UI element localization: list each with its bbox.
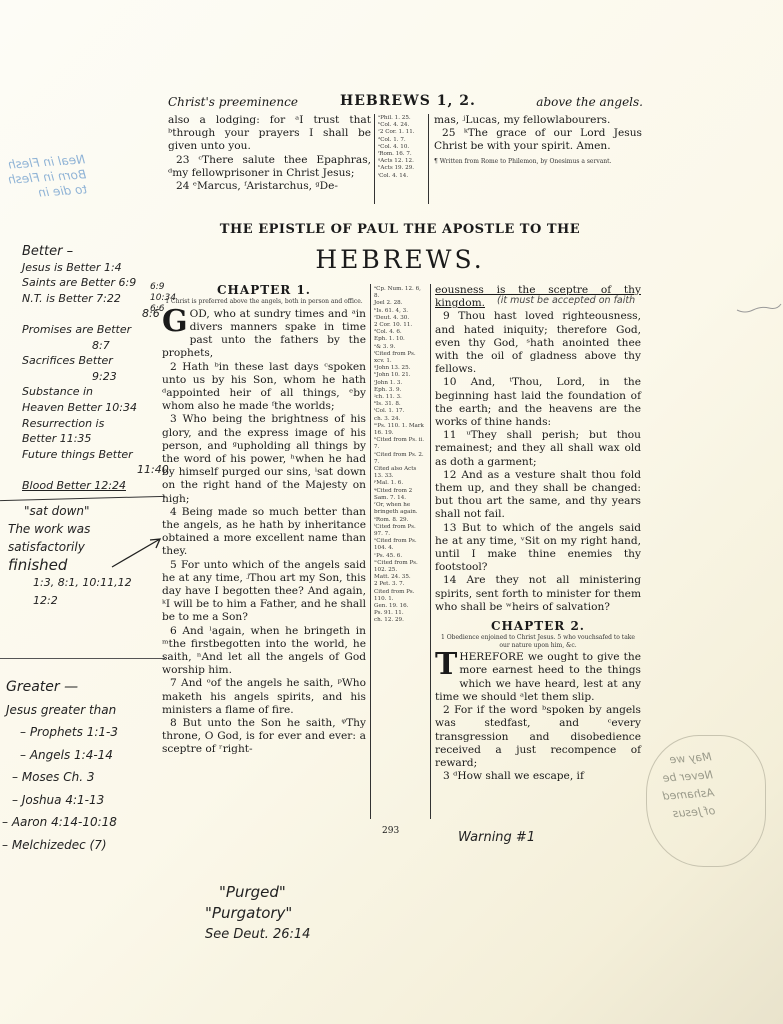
note-line: Jesus greater than [6, 699, 118, 722]
note-line: Blood Better 12:24 [22, 478, 169, 494]
xref: ᵉ& 3. 9. [374, 344, 426, 351]
mirrored-blue-note: Neal in Flesh Born in Flesh to die in [7, 152, 88, 202]
xref: ʳOr, when he bringeth again. [374, 502, 426, 516]
warning-note: Warning #1 [458, 830, 535, 845]
note-line: Resurrection is [22, 416, 169, 432]
running-head-left: Christ's preeminence [168, 95, 298, 109]
xref: ᵖMal. 1. 6. [374, 480, 426, 487]
xref: Eph. 3. 9. [374, 387, 426, 394]
verse: 7 And ᵒof the angels he saith, ᵖWho make… [162, 677, 366, 717]
running-head: Christ's preeminence HEBREWS 1, 2. above… [168, 93, 643, 111]
xref: ᵉCol. 4. 10. [378, 144, 426, 151]
chapter1-margin-refs: 6:9 10:34 6:6 [150, 282, 176, 315]
xref: 2 Pet. 3. 7. [374, 581, 426, 588]
xref: Gen. 19. 16. [374, 603, 426, 610]
note-line: of Jesus [663, 802, 716, 824]
xref: ᵇIs. 61. 4, 3. [374, 308, 426, 315]
xref: ʷCited from Ps. 102. 25. [374, 560, 426, 574]
xref: Cited also Acts 13. 33. [374, 466, 426, 480]
note-line: Greater — [6, 676, 118, 699]
verse: 13 But to which of the angels said he at… [435, 522, 641, 575]
verse: 8 But unto the Son he saith, ᵠThy throne… [162, 717, 366, 757]
xref: ᵐPs. 110. 1. Mark 16. 19. [374, 423, 426, 437]
note-line: Heaven Better 10:34 [22, 400, 169, 416]
note-line: – Prophets 1:1-3 [6, 721, 118, 744]
note-line: – Joshua 4:1-13 [6, 789, 118, 812]
xref: ˢRom. 8. 29. [374, 517, 426, 524]
xref: Ps. 91. 11. [374, 610, 426, 617]
note-line: 8:7 [22, 338, 169, 354]
footnote: ¶ Written from Rome to Philemon, by Ones… [434, 158, 642, 165]
verse: 9 Thou hast loved righteousness, and hat… [435, 310, 641, 376]
xref: ᵈCol. 4. 6. [374, 329, 426, 336]
philemon-xrefs: ᵃPhil. 1. 25. ᵇCol. 4. 24. ᶜ2 Cor. 1. 11… [378, 115, 426, 180]
xref: ⁿCited from Ps. ii. 7. [374, 437, 426, 451]
verse: 2 Hath ᵇin these last days ᶜspoken unto … [162, 361, 366, 414]
xref: ⁱJohn 1. 3. [374, 380, 426, 387]
xref: ᵗCited from Ps. 97. 7. [374, 524, 426, 538]
note-line: N.T. is Better 7:22 [22, 291, 169, 307]
note-line: 10:34 [150, 293, 176, 304]
verse: 5 For unto which of the angels said he a… [162, 559, 366, 625]
note-line: – Melchizedec (7) [2, 834, 118, 857]
note-line: 8:6 [22, 306, 169, 322]
chapter1-left-column: CHAPTER 1. 1 Christ is preferred above t… [162, 284, 366, 757]
philemon-left-column: also a lodging: for ᵃI trust that ᵇthrou… [168, 114, 371, 193]
xref: Matt. 24. 35. [374, 574, 426, 581]
xref: ᵈCol. 1. 7. [378, 137, 426, 144]
xref: ʰActs 19. 29. [378, 165, 426, 172]
column-rule [428, 114, 429, 204]
arrow-icon [110, 535, 165, 570]
note-line: Substance in [22, 384, 169, 400]
xref: ᶜ2 Cor. 1. 11. [378, 129, 426, 136]
xref: ˡCol. 1. 17. [374, 408, 426, 415]
column-rule [374, 114, 375, 204]
note-line: "sat down" [8, 502, 132, 520]
xref: ⁱCol. 4. 14. [378, 173, 426, 180]
verse: OD, who at sundry times and ᵃin divers m… [162, 308, 366, 361]
note-line: Promises are Better [22, 322, 169, 338]
note-line: 6:6 [150, 304, 176, 315]
verse: 6 And ˡagain, when he bringeth in ᵐthe f… [162, 625, 366, 678]
running-head-center: HEBREWS 1, 2. [340, 93, 476, 109]
xref: ᵛPs. 45. 6. [374, 553, 426, 560]
verse: 12 And as a vesture shalt thou fold them… [435, 469, 641, 522]
verse: mas, ʲLucas, my fellowlabourers. [434, 114, 642, 127]
note-line: See Deut. 26:14 [205, 924, 310, 945]
note-line: Sacrifices Better [22, 353, 169, 369]
margin-note-faith: (it must be accepted on faith [497, 295, 635, 306]
note-line: Better 11:35 [22, 431, 169, 447]
book-title: HEBREWS. [190, 245, 610, 274]
divider-line [0, 658, 165, 659]
page-number: 293 [382, 826, 399, 836]
note-line: Better – [22, 244, 169, 260]
verse: 3 ᵈHow shall we escape, if [435, 770, 641, 783]
note-line: Jesus is Better 1:4 [22, 260, 169, 276]
verse: 10 And, ᵗThou, Lord, in the beginning ha… [435, 376, 641, 429]
note-line: Saints are Better 6:9 [22, 275, 169, 291]
xref: Eph. 1. 10. [374, 336, 426, 343]
greater-notes: Greater — Jesus greater than – Prophets … [6, 676, 118, 856]
chapter-heading: CHAPTER 1. [162, 284, 366, 297]
verse: 14 Are they not all ministering spirits,… [435, 574, 641, 614]
xref: ᶜDeut. 4. 30. [374, 315, 426, 322]
chapter-summary: 1 Christ is preferred above the angels, … [162, 298, 366, 306]
divider-line [0, 496, 165, 501]
verse: 25 ᵏThe grace of our Lord Jesus Christ b… [434, 127, 642, 153]
xref: ch. 3. 24. [374, 416, 426, 423]
column-rule [370, 284, 371, 819]
xref: ᵘCited from Ps. 104. 4. [374, 538, 426, 552]
xref: ᶠCited from Ps. xcv. 1. [374, 351, 426, 365]
note-line: 9:23 [22, 369, 169, 385]
note-line: 1:3, 8:1, 10:11,12 [8, 574, 132, 592]
better-notes: Better – Jesus is Better 1:4 Saints are … [22, 244, 169, 494]
center-xrefs: ᵃCp. Num. 12. 6, 8. Joel 2. 28. ᵇIs. 61.… [374, 286, 426, 625]
note-line: – Aaron 4:14-10:18 [2, 811, 118, 834]
chapter1-right-column: eousness is the sceptre of thy kingdom. … [435, 284, 641, 783]
verse: 11 ᵘThey shall perish; but thou remaines… [435, 429, 641, 469]
verse: 23 ᶜThere salute thee Epaphras, ᵈmy fell… [168, 154, 371, 180]
note-line: 6:9 [150, 282, 176, 293]
note-line: 12:2 [8, 592, 132, 610]
column-rule [430, 284, 431, 819]
xref: ch. 12. 29. [374, 617, 426, 624]
chapter-summary: 1 Obedience enjoined to Christ Jesus. 5 … [435, 634, 641, 649]
xref: Cited from Ps. 110. 1. [374, 589, 426, 603]
note-line: 11:40 [22, 462, 169, 478]
verse: 4 Being made so much better than the ang… [162, 506, 366, 559]
squiggle-mark-icon [735, 300, 783, 320]
running-head-right: above the angels. [536, 95, 643, 109]
xref: ᵠCited from 2 Sam. 7. 14. [374, 488, 426, 502]
note-line: – Angels 1:4-14 [6, 744, 118, 767]
xref: Joel 2. 28. [374, 300, 426, 307]
note-line: "Purged" [205, 882, 310, 903]
note-line: Future things Better [22, 447, 169, 463]
verse: 3 Who being the brightness of his glory,… [162, 413, 366, 505]
xref: ᵒCited from Ps. 2. 7. [374, 452, 426, 466]
faint-mirrored-note: May we Never be Ashamed of Jesus [660, 748, 716, 823]
xref: ᵇCol. 4. 24. [378, 122, 426, 129]
xref: ᵃCp. Num. 12. 6, 8. [374, 286, 426, 300]
bottom-notes: "Purged" "Purgatory" See Deut. 26:14 [205, 882, 310, 945]
xref: ᶠRom. 16. 7. [378, 151, 426, 158]
xref: ʰJohn 10. 21. [374, 372, 426, 379]
verse: 2 For if the word ᵇspoken by angels was … [435, 704, 641, 770]
verse: 24 ᵉMarcus, ᶠAristarchus, ᵍDe- [168, 180, 371, 193]
verse: also a lodging: for ᵃI trust that ᵇthrou… [168, 114, 371, 154]
drop-cap: T [435, 652, 457, 678]
chapter-heading: CHAPTER 2. [435, 620, 641, 633]
note-line: "Purgatory" [205, 903, 310, 924]
verse: HEREFORE we ought to give the more earne… [435, 651, 641, 704]
philemon-right-column: mas, ʲLucas, my fellowlabourers. 25 ᵏThe… [434, 114, 642, 165]
epistle-title: THE EPISTLE OF PAUL THE APOSTLE TO THE [190, 222, 610, 237]
note-line: – Moses Ch. 3 [6, 766, 118, 789]
